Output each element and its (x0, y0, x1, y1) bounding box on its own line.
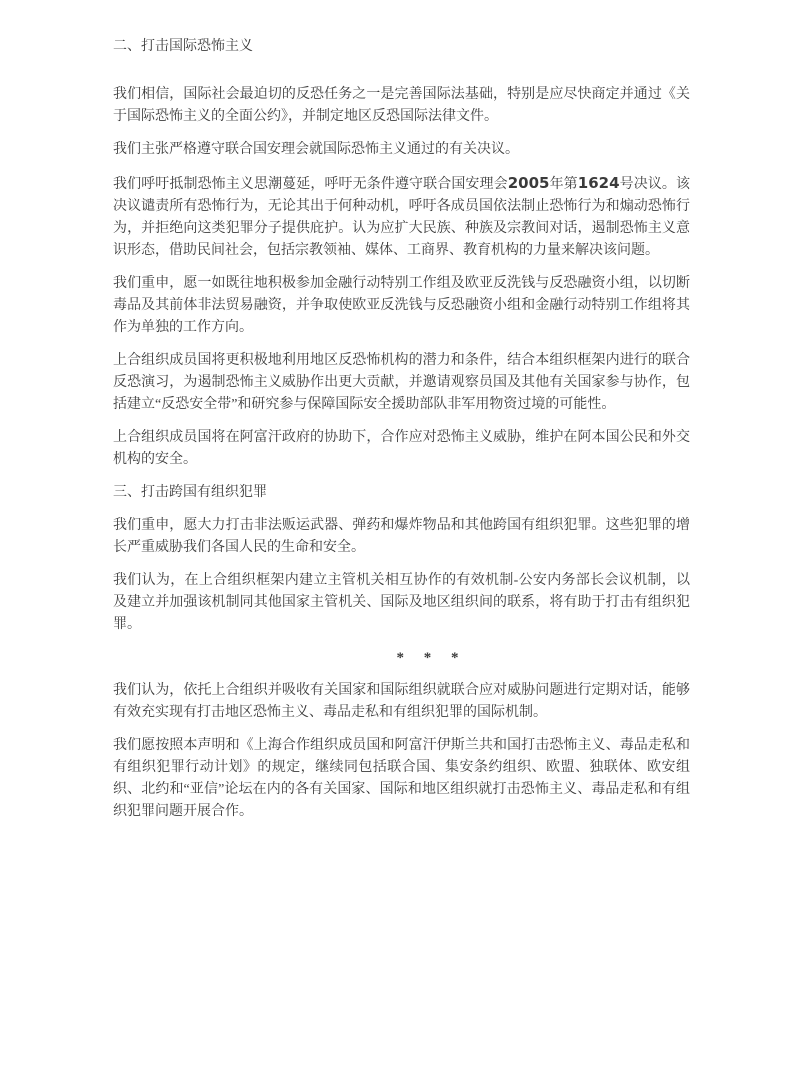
paragraph-un-resolutions: 我们主张严格遵守联合国安理会就国际恐怖主义通过的有关决议。 (113, 139, 690, 161)
asterisk-divider: * * * (113, 647, 690, 669)
paragraph-resolution-1624: 我们呼吁抵制恐怖主义思潮蔓延，呼吁无条件遵守联合国安理会2005年第1624号决… (113, 172, 690, 262)
paragraph-international-cooperation: 我们愿按照本声明和《上海合作组织成员国和阿富汗伊斯兰共和国打击恐怖主义、毒品走私… (113, 735, 690, 823)
resolution-year-number: 2005 (508, 174, 550, 192)
paragraph-weapons-trafficking: 我们重申，愿大力打击非法贩运武器、弹药和爆炸物品和其他跨国有组织犯罪。这些犯罪的… (113, 515, 690, 559)
section-heading-international-terrorism: 二、打击国际恐怖主义 (113, 36, 690, 58)
paragraph-cooperation-mechanism: 我们认为，在上合组织框架内建立主管机关相互协作的有效机制-公安内务部长会议机制，… (113, 570, 690, 636)
paragraph-periodic-dialogue: 我们认为，依托上合组织并吸收有关国家和国际组织就联合应对威胁问题进行定期对话，能… (113, 680, 690, 724)
section-heading-transnational-crime: 三、打击跨国有组织犯罪 (113, 482, 690, 504)
paragraph-afghanistan-cooperation: 上合组织成员国将在阿富汗政府的协助下，合作应对恐怖主义威胁，维护在阿本国公民和外… (113, 427, 690, 471)
paragraph-regional-antiterror-structure: 上合组织成员国将更积极地利用地区反恐怖机构的潜力和条件，结合本组织框架内进行的联… (113, 350, 690, 416)
document-page: 二、打击国际恐怖主义 我们相信，国际社会最迫切的反恐任务之一是完善国际法基础，特… (0, 0, 800, 1067)
resolution-1624-text-before: 我们呼吁抵制恐怖主义思潮蔓延，呼吁无条件遵守联合国安理会 (113, 177, 508, 192)
paragraph-international-law: 我们相信，国际社会最迫切的反恐任务之一是完善国际法基础，特别是应尽快商定并通过《… (113, 84, 690, 128)
resolution-1624-text-mid: 年第 (549, 177, 577, 192)
resolution-number: 1624 (578, 174, 620, 192)
paragraph-fatf-financing: 我们重申，愿一如既往地积极参加金融行动特别工作组及欧亚反洗钱与反恐融资小组，以切… (113, 273, 690, 339)
